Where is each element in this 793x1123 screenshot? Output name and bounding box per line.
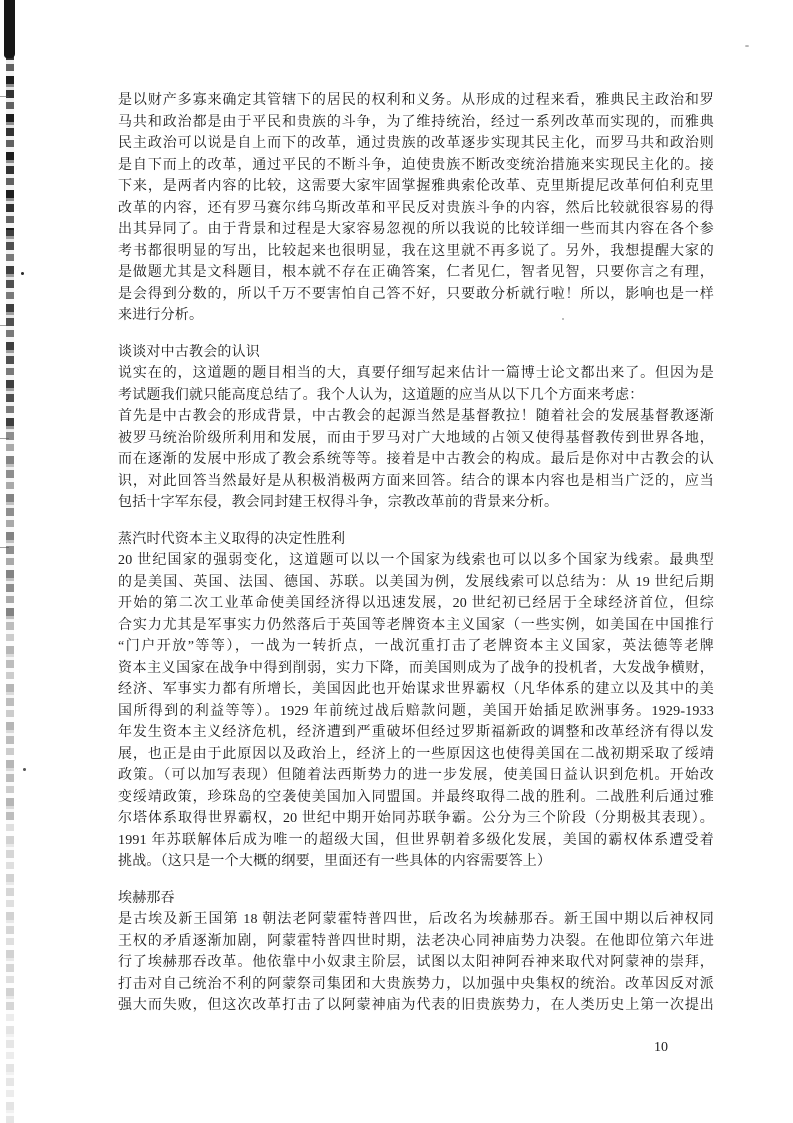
text-line: 首先是中古教会的形成背景，中古教会的起源当然是基督教拉！随着社会的发展基督教逐渐 <box>118 406 714 428</box>
text-line: 是自下而上的改革，通过平民的不断斗争，迫使贵族不断改变统治措施来实现民主化的。接 <box>118 155 714 177</box>
document-body: 是以财产多寡来确定其管辖下的居民的权利和义务。从形成的过程来看，雅典民主政治和罗… <box>118 90 714 1032</box>
text-line: 打击对自己统治不利的阿蒙祭司集团和大贵族势力，以加强中央集权的统治。改革因反对派 <box>118 974 714 996</box>
text-line: “门户开放”等等），一战为一转折点，一战沉重打击了老牌资本主义国家，英法德等老牌 <box>118 636 714 658</box>
text-line: 展，也正是由于此原因以及政治上，经济上的一些原因这也使得美国在二战初期采取了绥靖 <box>118 744 714 766</box>
text-line: 是以财产多寡来确定其管辖下的居民的权利和义务。从形成的过程来看，雅典民主政治和罗 <box>118 90 714 112</box>
page-number: 10 <box>118 1040 714 1056</box>
text-line: 的是美国、英国、法国、德国、苏联。以美国为例，发展线索可以总结为：从 19 世纪… <box>118 572 714 594</box>
text-line: 来进行分析。 <box>118 305 714 327</box>
document-section-0: 是以财产多寡来确定其管辖下的居民的权利和义务。从形成的过程来看，雅典民主政治和罗… <box>118 90 714 327</box>
scan-artifact-blob <box>4 0 15 58</box>
scan-artifact-tick <box>0 547 9 548</box>
text-line: 国所得到的利益等等）。1929 年前统过战后赔款问题，美国开始插足欧洲事务。19… <box>118 701 714 723</box>
text-line: 1991 年苏联解体后成为唯一的超级大国，但世界朝着多级化发展，美国的霸权体系遭… <box>118 830 714 852</box>
text-line: 被罗马统治阶级所利用和发展，而由于罗马对广大地域的占领又使得基督教传到世界各地， <box>118 428 714 450</box>
text-line: 考试题我们就只能高度总结了。我个人认为，这道题的应当从以下几个方面来考虑： <box>118 385 714 407</box>
text-line: 出其异同了。由于背景和过程是大家容易忽视的所以我说的比较详细一些而其内容在各个参 <box>118 219 714 241</box>
document-section-2: 蒸汽时代资本主义取得的决定性胜利20 世纪国家的强弱变化，这道题可以以一个国家为… <box>118 529 714 873</box>
document-page: 是以财产多寡来确定其管辖下的居民的权利和义务。从形成的过程来看，雅典民主政治和罗… <box>0 0 793 1123</box>
text-line: 挑战。（这只是一个大概的纲要，里面还有一些具体的内容需要答上） <box>118 851 714 873</box>
text-line: 王权的矛盾逐渐加剧，阿蒙霍特普四世时期，法老决心同神庙势力决裂。在他即位第六年进 <box>118 931 714 953</box>
text-line: 是古埃及新王国第 18 朝法老阿蒙霍特普四世，后改名为埃赫那吞。新王国中期以后神… <box>118 909 714 931</box>
text-line: 20 世纪国家的强弱变化，这道题可以以一个国家为线索也可以以多个国家为线索。最典… <box>118 550 714 572</box>
section-heading: 埃赫那吞 <box>118 888 714 910</box>
text-line: 资本主义国家在战争中得到削弱，实力下降，而美国则成为了战争的投机者，大发战争横财… <box>118 658 714 680</box>
text-line: 强大而失败，但这次改革打击了以阿蒙神庙为代表的旧贵族势力，在人类历史上第一次提出 <box>118 995 714 1017</box>
text-line: 经济、军事实力都有所增长，美国因此也开始谋求世界霸权（凡华体系的建立以及其中的美 <box>118 679 714 701</box>
text-line: 马共和政治都是由于平民和贵族的斗争，为了维持统治，经过一系列改革而实现的，而雅典 <box>118 112 714 134</box>
scan-speck <box>23 768 26 771</box>
document-section-3: 埃赫那吞是古埃及新王国第 18 朝法老阿蒙霍特普四世，后改名为埃赫那吞。新王国中… <box>118 888 714 1017</box>
text-line: 尔塔体系取得世界霸权，20 世纪中期开始同苏联争霸。公分为三个阶段（分期极其表现… <box>118 808 714 830</box>
text-line: 合实力尤其是军事实力仍然落后于英国等老牌资本主义国家（一些实例，如美国在中国推行 <box>118 615 714 637</box>
text-line: 下来，是两者内容的比较，这需要大家牢固掌握雅典索伦改革、克里斯提尼改革何伯利克里 <box>118 176 714 198</box>
text-line: 政策。（可以加写表现）但随着法西斯势力的进一步发展，使美国日益认识到危机。开始改 <box>118 765 714 787</box>
scan-speck <box>21 272 24 275</box>
scan-speck <box>745 45 749 47</box>
scan-artifact-tick <box>0 325 9 326</box>
text-line: 年发生资本主义经济危机，经济遭到严重破坏但经过罗斯福新政的调整和改革经济有得以发 <box>118 722 714 744</box>
scan-artifact-tick <box>0 438 9 439</box>
text-line: 开始的第二次工业革命使美国经济得以迅速发展，20 世纪初已经居于全球经济首位，但… <box>118 593 714 615</box>
text-line: 变绥靖政策，珍珠岛的空袭使美国加入同盟国。并最终取得二战的胜利。二战胜利后通过雅 <box>118 787 714 809</box>
text-line: 包括十字军东侵，教会同封建王权得斗争，宗教改革前的背景来分析。 <box>118 492 714 514</box>
document-section-1: 谈谈对中古教会的认识说实在的，这道题的题目相当的大，真要仔细写起来估计一篇博士论… <box>118 342 714 514</box>
text-line: 行了埃赫那吞改革。他依靠中小奴隶主阶层，试图以太阳神阿吞神来取代对阿蒙神的崇拜， <box>118 952 714 974</box>
text-line: 是会得到分数的，所以千万不要害怕自己答不好，只要敢分析就行啦！所以，影响也是一样 <box>118 284 714 306</box>
text-line: 说实在的，这道题的题目相当的大，真要仔细写起来估计一篇博士论文都出来了。但因为是 <box>118 363 714 385</box>
text-line: 考书都很明显的写出，比较起来也很明显，我在这里就不再多说了。另外，我想提醒大家的 <box>118 241 714 263</box>
text-line: 是做题尤其是文科题目，根本就不存在正确答案，仁者见仁，智者见智，只要你言之有理， <box>118 262 714 284</box>
scan-artifact-tick <box>0 96 9 97</box>
section-heading: 谈谈对中古教会的认识 <box>118 342 714 364</box>
section-heading: 蒸汽时代资本主义取得的决定性胜利 <box>118 529 714 551</box>
text-line: 而在逐渐的发展中形成了教会系统等等。接着是中古教会的构成。最后是你对中古教会的认 <box>118 449 714 471</box>
text-line: 识，对此回答当然最好是从积极消极两方面来回答。结合的课本内容也是相当广泛的，应当 <box>118 471 714 493</box>
text-line: 民主政治可以说是自上而下的改革，通过贵族的改革逐步实现其民主化，而罗马共和政治则 <box>118 133 714 155</box>
scan-artifact-strip <box>6 0 14 1123</box>
text-line: 改革的内容，还有罗马赛尔纬乌斯改革和平民反对贵族斗争的内容，然后比较就很容易的得 <box>118 198 714 220</box>
